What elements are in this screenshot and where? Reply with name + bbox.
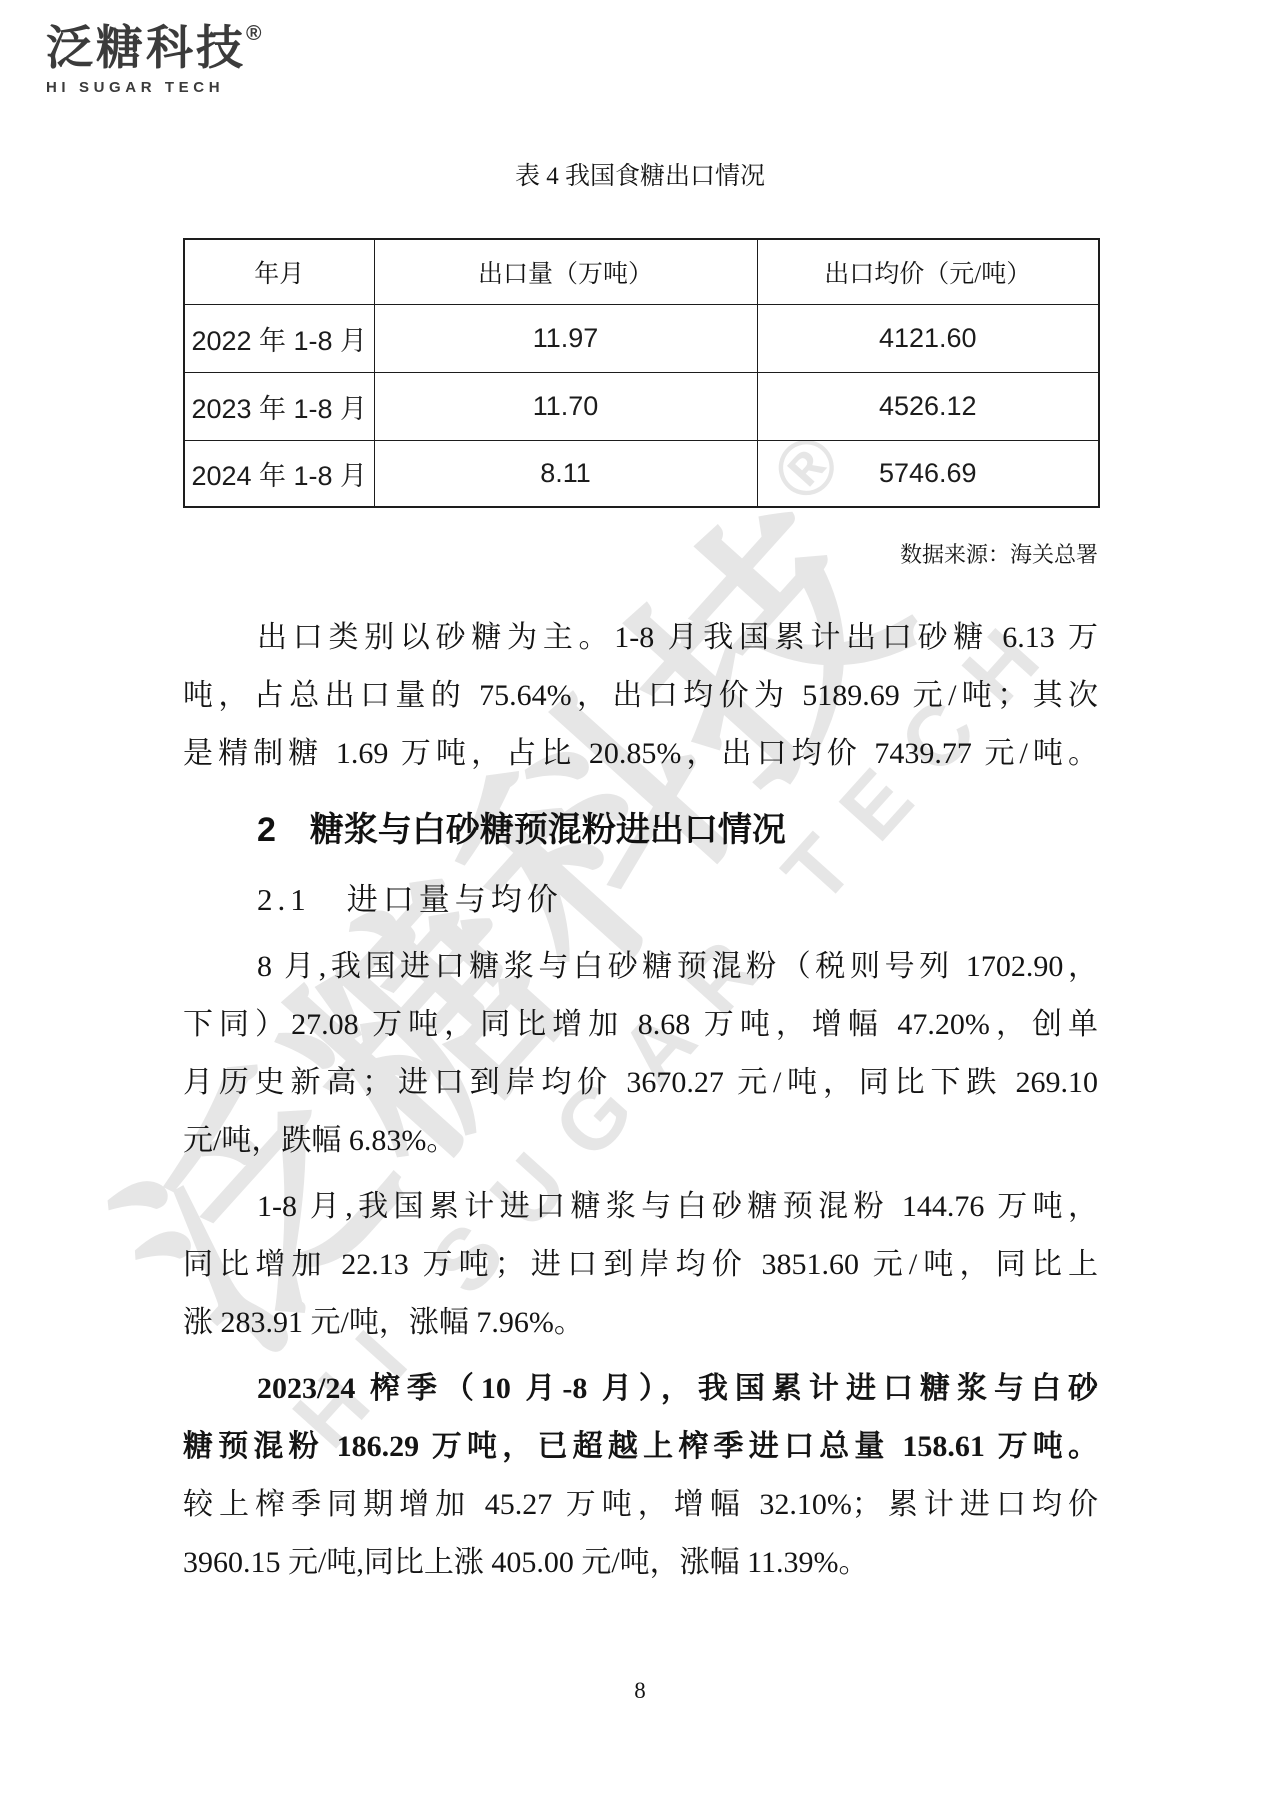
paragraph-line: 同比增加 22.13 万吨；进口到岸均价 3851.60 元/吨，同比上	[183, 1236, 1098, 1294]
paragraph-line: 糖预混粉 186.29 万吨，已超越上榨季进口总量 158.61 万吨。	[183, 1418, 1098, 1476]
logo-chinese-name: 泛糖科技®	[46, 22, 261, 74]
logo-english-name: HI SUGAR TECH	[46, 79, 261, 96]
cell-price: 4526.12	[757, 372, 1099, 440]
cell-period: 2024 年 1-8 月	[184, 440, 374, 507]
registered-trademark-icon: ®	[246, 22, 261, 45]
table-row: 2024 年 1-8 月 8.11 5746.69	[184, 440, 1099, 507]
table-header-row: 年月 出口量（万吨） 出口均价（元/吨）	[184, 239, 1099, 304]
paragraph-line: 8 月,我国进口糖浆与白砂糖预混粉（税则号列 1702.90，	[183, 938, 1098, 996]
cell-price: 4121.60	[757, 304, 1099, 372]
cell-volume: 11.70	[374, 372, 757, 440]
paragraph-line: 出口类别以砂糖为主。1-8 月我国累计出口砂糖 6.13 万	[183, 609, 1098, 667]
header-cell-period: 年月	[184, 239, 374, 304]
paragraph-line: 元/吨，跌幅 6.83%。	[183, 1112, 1098, 1170]
paragraph-line: 吨，占总出口量的 75.64%，出口均价为 5189.69 元/吨；其次	[183, 667, 1098, 725]
table-row: 2022 年 1-8 月 11.97 4121.60	[184, 304, 1099, 372]
section-heading: 2 糖浆与白砂糖预混粉进出口情况	[183, 806, 1098, 854]
paragraph-line: 2023/24 榨季（10 月-8 月），我国累计进口糖浆与白砂	[183, 1360, 1098, 1418]
paragraph-line: 下同）27.08 万吨，同比增加 8.68 万吨，增幅 47.20%，创单	[183, 996, 1098, 1054]
paragraph-line: 3960.15 元/吨,同比上涨 405.00 元/吨，涨幅 11.39%。	[183, 1534, 1098, 1592]
cell-volume: 11.97	[374, 304, 757, 372]
cell-period: 2022 年 1-8 月	[184, 304, 374, 372]
cell-volume: 8.11	[374, 440, 757, 507]
paragraph-line: 是精制糖 1.69 万吨，占比 20.85%，出口均价 7439.77 元/吨。	[183, 725, 1098, 783]
data-source-note: 数据来源：海关总署	[183, 538, 1098, 569]
table-row: 2023 年 1-8 月 11.70 4526.12	[184, 372, 1099, 440]
paragraph: 2023/24 榨季（10 月-8 月），我国累计进口糖浆与白砂 糖预混粉 18…	[183, 1360, 1098, 1592]
document-page: 泛糖科技® HI SUGAR TECH 泛糖科技® HI SUGAR TECH …	[0, 0, 1280, 1810]
header-cell-volume: 出口量（万吨）	[374, 239, 757, 304]
page-number: 8	[0, 1678, 1280, 1704]
cell-period: 2023 年 1-8 月	[184, 372, 374, 440]
company-logo: 泛糖科技® HI SUGAR TECH	[46, 22, 261, 96]
subsection-heading: 2.1 进口量与均价	[183, 876, 1098, 924]
cell-price: 5746.69	[757, 440, 1099, 507]
paragraph: 8 月,我国进口糖浆与白砂糖预混粉（税则号列 1702.90， 下同）27.08…	[183, 938, 1098, 1170]
paragraph-line: 1-8 月,我国累计进口糖浆与白砂糖预混粉 144.76 万吨，	[183, 1178, 1098, 1236]
paragraph: 出口类别以砂糖为主。1-8 月我国累计出口砂糖 6.13 万 吨，占总出口量的 …	[183, 609, 1098, 783]
header-cell-price: 出口均价（元/吨）	[757, 239, 1099, 304]
paragraph-line: 较上榨季同期增加 45.27 万吨，增幅 32.10%；累计进口均价	[183, 1476, 1098, 1534]
sugar-export-table: 年月 出口量（万吨） 出口均价（元/吨） 2022 年 1-8 月 11.97 …	[183, 238, 1100, 508]
table-caption: 表 4 我国食糖出口情况	[0, 156, 1280, 192]
paragraph-line: 涨 283.91 元/吨，涨幅 7.96%。	[183, 1294, 1098, 1352]
paragraph-line: 月历史新高；进口到岸均价 3670.27 元/吨，同比下跌 269.10	[183, 1054, 1098, 1112]
paragraph: 1-8 月,我国累计进口糖浆与白砂糖预混粉 144.76 万吨， 同比增加 22…	[183, 1178, 1098, 1352]
